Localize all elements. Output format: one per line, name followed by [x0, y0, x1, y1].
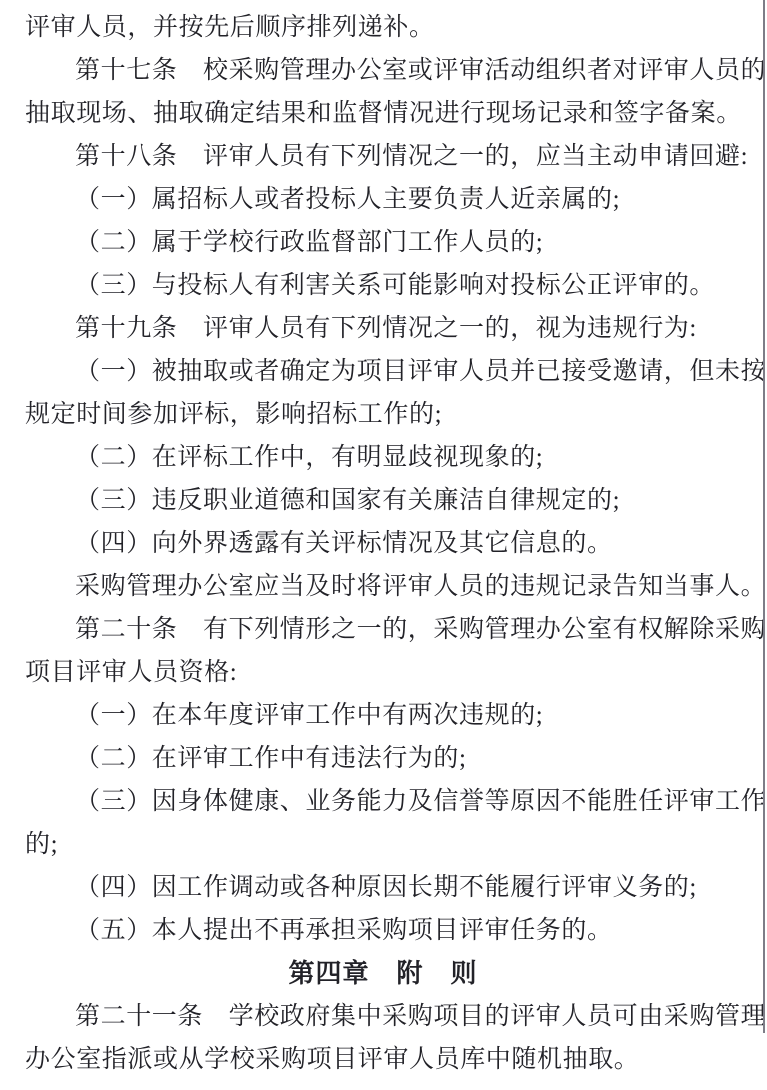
doc-line-item-1: （一）属招标人或者投标人主要负责人近亲属的; [25, 178, 741, 221]
doc-line: 的; [25, 823, 741, 866]
doc-line-item-2: （二）属于学校行政监督部门工作人员的; [25, 221, 741, 264]
doc-line-article-19: 第十九条 评审人员有下列情况之一的，视为违规行为: [25, 307, 741, 350]
doc-line-item-3: （三）与投标人有利害关系可能影响对投标公正评审的。 [25, 264, 741, 307]
page-right-border [763, 0, 765, 1033]
doc-line-item-2: （二）在评审工作中有违法行为的; [25, 737, 741, 780]
doc-line-item-4: （四）向外界透露有关评标情况及其它信息的。 [25, 522, 741, 565]
doc-line-item-5: （五）本人提出不再承担采购项目评审任务的。 [25, 909, 741, 952]
chapter-heading: 第四章 附 则 [25, 952, 741, 995]
doc-line-article-17: 第十七条 校采购管理办公室或评审活动组织者对评审人员的 [25, 49, 741, 92]
doc-line-article-21: 第二十一条 学校政府集中采购项目的评审人员可由采购管理 [25, 995, 741, 1038]
doc-line: 评审人员，并按先后顺序排列递补。 [25, 6, 741, 49]
doc-line-article-18: 第十八条 评审人员有下列情况之一的，应当主动申请回避: [25, 135, 741, 178]
doc-line-item-1: （一）在本年度评审工作中有两次违规的; [25, 694, 741, 737]
doc-line-article-20: 第二十条 有下列情形之一的，采购管理办公室有权解除采购 [25, 608, 741, 651]
document-page: 评审人员，并按先后顺序排列递补。 第十七条 校采购管理办公室或评审活动组织者对评… [0, 0, 767, 1090]
doc-line-item-3: （三）因身体健康、业务能力及信誉等原因不能胜任评审工作 [25, 780, 741, 823]
doc-line: 规定时间参加评标，影响招标工作的; [25, 393, 741, 436]
doc-line: 办公室指派或从学校采购项目评审人员库中随机抽取。 [25, 1038, 741, 1081]
doc-line-item-3: （三）违反职业道德和国家有关廉洁自律规定的; [25, 479, 741, 522]
doc-line-item-1: （一）被抽取或者确定为项目评审人员并已接受邀请，但未按 [25, 350, 741, 393]
doc-line-item-4: （四）因工作调动或各种原因长期不能履行评审义务的; [25, 866, 741, 909]
doc-line: 项目评审人员资格: [25, 651, 741, 694]
doc-line-item-2: （二）在评标工作中，有明显歧视现象的; [25, 436, 741, 479]
doc-line: 抽取现场、抽取确定结果和监督情况进行现场记录和签字备案。 [25, 92, 741, 135]
doc-line: 采购管理办公室应当及时将评审人员的违规记录告知当事人。 [25, 565, 741, 608]
